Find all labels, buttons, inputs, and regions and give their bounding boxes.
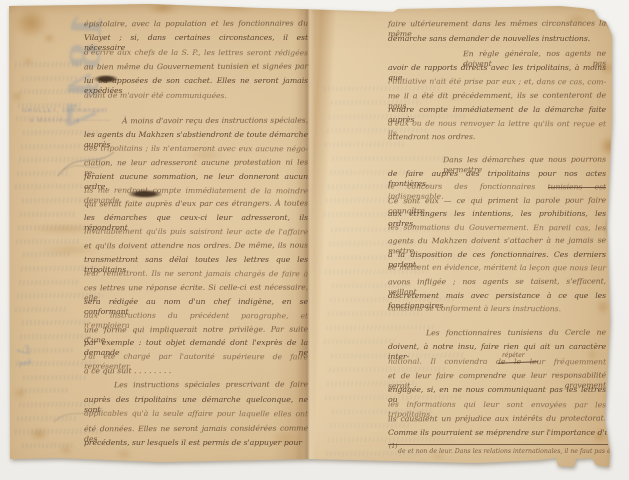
- handwritten-line: aux étrangers les intentions, les prohib…: [388, 209, 606, 221]
- handwritten-line: aux instructions du précédent paragraphe…: [84, 310, 308, 323]
- paper-sheet: 1847 71 GRULLET, commandant à Monsieur l…: [0, 0, 629, 480]
- bleedthrough-line: [21, 252, 71, 257]
- footnote-rule: [388, 444, 608, 445]
- scanner-background: { "document": { "kind": "scanned two-pag…: [0, 0, 629, 480]
- handwritten-line: par exemple : tout objet demandé dont l'…: [84, 338, 308, 350]
- bleedthrough-line: [18, 334, 90, 340]
- handwritten-line: tunisiens se conforment à leurs instruct…: [388, 304, 606, 317]
- handwritten-line: transmettront sans délai toutes les lett…: [84, 255, 308, 267]
- handwritten-line: les sommations du Gouvernement. En parei…: [388, 222, 606, 235]
- handwritten-line: épistolaire, avec la population et les f…: [84, 19, 308, 32]
- bleedthrough-line: [13, 307, 68, 312]
- bleedthrough-line: [13, 184, 83, 189]
- paper-shadow-wrap: 1847 71 GRULLET, commandant à Monsieur l…: [0, 0, 629, 480]
- footnote-mark: (1): [389, 443, 398, 450]
- bleedthrough-line: [16, 103, 82, 108]
- stain: [44, 34, 54, 42]
- handwritten-line: de faire auprès des tripolitains pour no…: [388, 169, 606, 181]
- bleedthrough-line: [19, 143, 81, 148]
- handwritten-line: des tripolitains ; ils n'entameront avec…: [84, 143, 308, 156]
- stain: [330, 0, 400, 12]
- handwritten-line: À moins d'avoir reçu des instructions sp…: [122, 116, 308, 129]
- handwritten-line: le concours des fonctionnaires tunisiens…: [388, 182, 606, 195]
- handwritten-line: leur remettront. Ils ne seront jamais ch…: [84, 268, 308, 281]
- ink-blot: [128, 190, 162, 198]
- bleedthrough-line: [17, 279, 79, 284]
- bleedthrough-line: [14, 239, 80, 244]
- handwritten-line: feraient aucune sommation, ne leur donne…: [84, 172, 308, 184]
- handwritten-line: démarche sans demander de nouvelles inst…: [388, 34, 606, 46]
- handwritten-line: doivent, à notre insu, faire rien qui ai…: [388, 342, 606, 354]
- bleedthrough-line: [21, 375, 87, 380]
- bleedthrough-line: [18, 211, 76, 216]
- stain: [430, 452, 446, 460]
- bleedthrough-line: [20, 320, 90, 325]
- handwritten-line: les agents du Makhzen s'abstiendront de …: [84, 130, 308, 142]
- handwritten-line: avant de m'avoir été communiquées.: [84, 90, 308, 103]
- handwritten-line: à ce qui suit . . . . . . . .: [84, 366, 308, 379]
- handwritten-line: d'écrire aux chefs de la S. P., les lett…: [84, 47, 308, 60]
- handwritten-line: ciation, ne leur adresseront aucune prot…: [84, 157, 308, 170]
- handwritten-line: Ils me rendront compte immédiatement de …: [84, 185, 308, 198]
- handwritten-line: à la disposition de ces fonctionnaires. …: [388, 250, 606, 262]
- handwritten-line: se mettent en évidence, méritent la leço…: [388, 263, 606, 276]
- handwritten-line: ils causaient un préjudice aux intérêts …: [388, 413, 606, 426]
- bleedthrough-line: [322, 339, 396, 345]
- handwritten-line: avoir de rapports directs avec les tripo…: [388, 63, 606, 75]
- handwritten-line: engagée, si, en ne nous communiquant pas…: [388, 385, 606, 397]
- stain: [148, 2, 178, 14]
- stain: [116, 450, 132, 458]
- handwritten-line: ces lettres une réponse écrite. Si celle…: [84, 282, 308, 295]
- bleedthrough-line: [14, 116, 64, 121]
- handwritten-line: Ce sont eux — ce qui priment la parole p…: [388, 195, 606, 208]
- handwritten-line: me il a été dit précédemment, ils se con…: [388, 90, 606, 103]
- handwritten-line: avons infligée ; nos agents se taisent, …: [388, 277, 606, 290]
- handwritten-line: les informations qui leur sont envoyées …: [388, 399, 606, 412]
- handwritten-line: une forme qui impliquerait notre privilè…: [84, 324, 308, 337]
- handwritten-line: les démarches que ceux-ci leur adressero…: [84, 213, 308, 225]
- handwritten-line: faire ultérieurement dans les mêmes circ…: [388, 19, 606, 32]
- handwritten-line: qui serait faite auprès d'eux par ces ét…: [84, 199, 308, 212]
- handwritten-line: agents du Makhzen doivent s'attacher à n…: [388, 236, 606, 249]
- handwritten-line: été données. Elles ne seront jamais cons…: [84, 423, 308, 436]
- handwritten-line: Vilayet ; si, dans certaines circonstanc…: [84, 33, 308, 45]
- bleedthrough-line: [20, 198, 92, 204]
- handwritten-underline: [548, 187, 606, 188]
- handwritten-line: applicables qu'à la seule affaire pour l…: [84, 409, 308, 422]
- handwritten-line: Dans les démarches que nous pourrons per…: [443, 155, 606, 168]
- handwritten-line: Les instructions spéciales prescrivant d…: [114, 380, 308, 393]
- bleedthrough-line: [20, 443, 75, 448]
- handwritten-line: Comme ils pourraient se méprendre sur l'…: [388, 428, 606, 440]
- handwritten-line: sera rédigée au nom d'un chef indigène, …: [84, 297, 308, 309]
- handwritten-line: rendre compte immédiatement de la démarc…: [388, 105, 606, 117]
- handwritten-line: discrètement mais avec persistance à ce …: [388, 291, 606, 303]
- handwritten-line: au bien même du Gouvernement tunisien et…: [84, 61, 308, 74]
- handwritten-line: j'ai été chargé par l'autorité supérieur…: [84, 352, 308, 365]
- handwritten-line: et de leur faire comprendre que leur res…: [388, 371, 606, 384]
- handwritten-line: précédents, sur lesquels il est permis d…: [84, 438, 308, 450]
- handwritten-line: d'eux ou de nous renvoyer la lettre qu'i…: [388, 118, 606, 131]
- handwritten-line: l'initiative n'ait été prise par eux ; e…: [388, 76, 606, 89]
- handwritten-line: Les fonctionnaires tunisiens du Cercle n…: [426, 328, 606, 341]
- stain: [350, 462, 376, 470]
- bleedthrough-line: [324, 198, 398, 204]
- bleedthrough-line: [324, 324, 436, 330]
- bleedthrough-line: [13, 62, 85, 68]
- bleedthrough-line: [16, 347, 74, 352]
- stain: [210, 2, 256, 12]
- handwritten-line: et qu'ils doivent attendre nos ordres. D…: [84, 241, 308, 254]
- bleedthrough-line: [330, 156, 458, 162]
- bleedthrough-line: [20, 75, 78, 80]
- bleedthrough-line: [15, 415, 77, 420]
- handwritten-line: auprès des tripolitains une démarche que…: [84, 395, 308, 407]
- bleedthrough-line: [19, 388, 69, 393]
- ink-blot: [94, 75, 118, 83]
- stain: [14, 8, 48, 38]
- handwritten-line: invariablement qu'ils puis saisiront leu…: [84, 227, 308, 240]
- bleedthrough-stamp-line1: GRULLET, commandant: [22, 108, 108, 115]
- handwritten-line: En règle générale, nos agents ne doivent…: [463, 49, 606, 61]
- handwritten-line: attendront nos ordres.: [388, 132, 606, 145]
- bleedthrough-line: [15, 171, 70, 176]
